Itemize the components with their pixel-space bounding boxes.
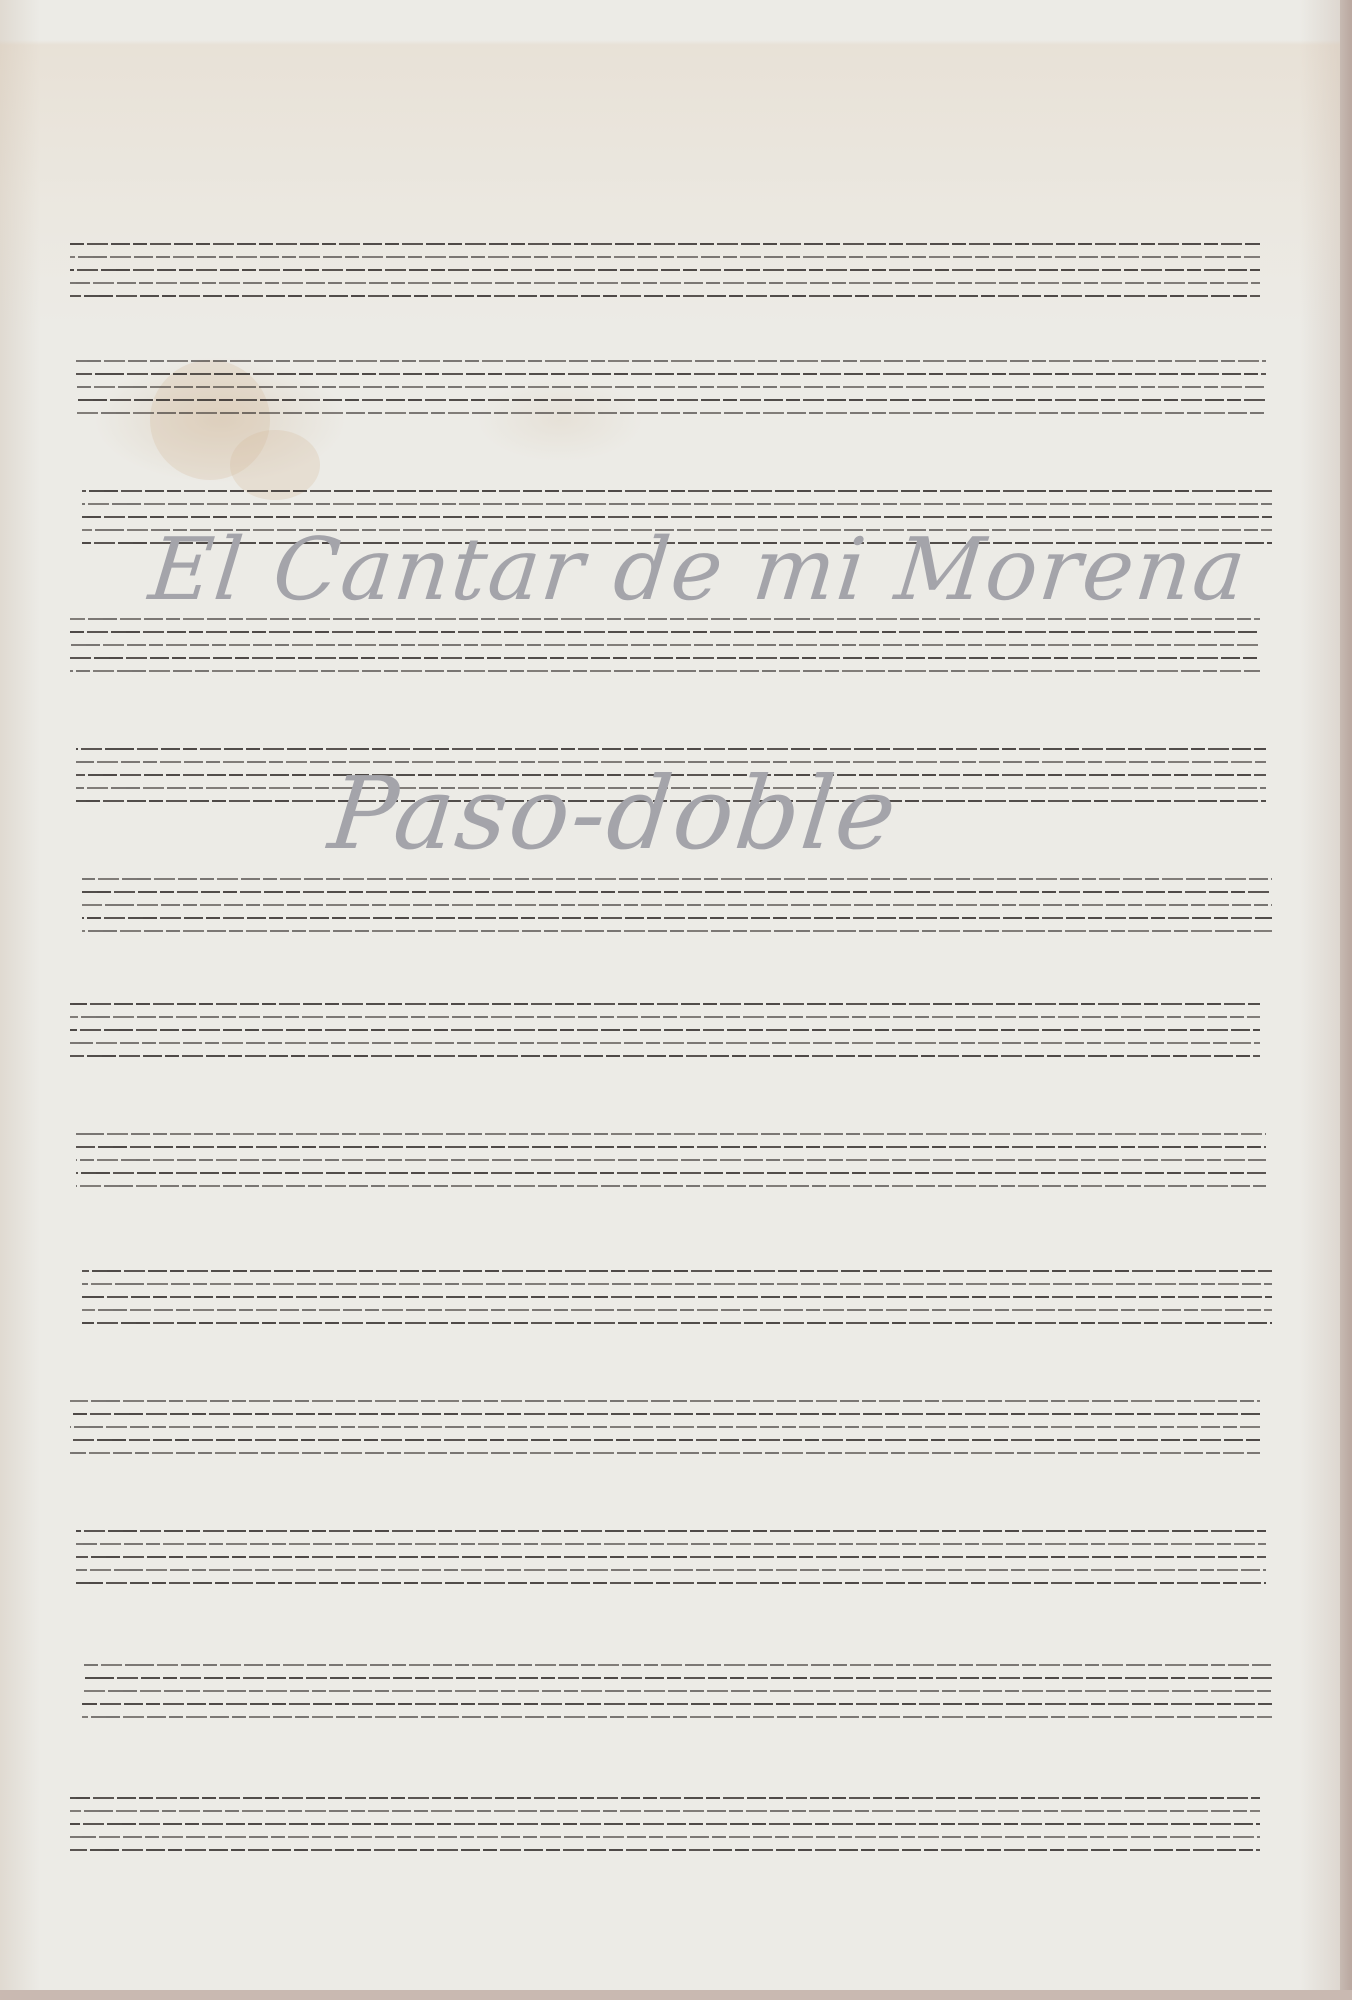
staff-line (82, 904, 1272, 906)
staff-line (70, 1836, 1260, 1838)
staff-line (70, 1400, 1260, 1402)
staff-line (76, 1543, 1266, 1545)
staff-line (70, 1426, 1260, 1428)
staff-line (82, 1283, 1272, 1285)
staff-13 (70, 1797, 1260, 1851)
staff-line (76, 1133, 1266, 1135)
staff-8 (76, 1133, 1266, 1187)
staff-line (70, 282, 1260, 284)
staff-line (76, 1530, 1266, 1532)
staff-line (70, 1413, 1260, 1415)
staff-line (82, 891, 1272, 893)
staff-2 (76, 360, 1266, 414)
staff-line (70, 243, 1260, 245)
handwritten-subtitle: Paso-doble (324, 755, 903, 872)
staff-line (82, 503, 1272, 505)
staff-line (76, 1569, 1266, 1571)
staff-line (82, 1677, 1272, 1679)
staff-12 (82, 1664, 1272, 1718)
staff-4 (70, 618, 1260, 672)
staff-line (82, 1703, 1272, 1705)
staff-line (70, 1439, 1260, 1441)
staff-line (70, 1029, 1260, 1031)
staff-line (70, 1797, 1260, 1799)
staff-line (76, 360, 1266, 362)
staff-line (70, 1003, 1260, 1005)
staff-line (76, 1159, 1266, 1161)
staff-line (82, 1690, 1272, 1692)
staff-line (70, 1042, 1260, 1044)
page-edge-bottom (0, 1990, 1352, 2000)
staff-line (70, 256, 1260, 258)
staff-line (82, 1296, 1272, 1298)
staff-line (70, 1810, 1260, 1812)
staff-line (82, 516, 1272, 518)
staff-line (70, 644, 1260, 646)
staff-line (82, 490, 1272, 492)
staff-line (82, 1309, 1272, 1311)
staff-line (76, 1582, 1266, 1584)
staff-line (82, 930, 1272, 932)
staff-line (82, 878, 1272, 880)
staff-line (70, 657, 1260, 659)
staff-line (76, 1556, 1266, 1558)
staff-line (82, 1664, 1272, 1666)
staff-line (76, 386, 1266, 388)
handwritten-title: El Cantar de mi Morena (145, 520, 1252, 620)
staff-line (70, 631, 1260, 633)
staff-line (82, 917, 1272, 919)
staff-line (70, 1452, 1260, 1454)
staff-line (76, 373, 1266, 375)
staff-1 (70, 243, 1260, 297)
staff-line (76, 1185, 1266, 1187)
staff-line (76, 399, 1266, 401)
staff-9 (82, 1270, 1272, 1324)
staff-line (70, 1055, 1260, 1057)
staff-line (70, 1849, 1260, 1851)
staff-line (82, 1322, 1272, 1324)
staff-6 (82, 878, 1272, 932)
staff-10 (70, 1400, 1260, 1454)
manuscript-page: El Cantar de mi Morena Paso-doble (0, 0, 1340, 2000)
staff-line (82, 1716, 1272, 1718)
staff-line (70, 295, 1260, 297)
staff-line (70, 670, 1260, 672)
staff-line (76, 1172, 1266, 1174)
staff-line (76, 748, 1266, 750)
staff-line (76, 1146, 1266, 1148)
staff-7 (70, 1003, 1260, 1057)
staff-line (82, 1270, 1272, 1272)
staff-line (70, 1823, 1260, 1825)
staff-line (76, 412, 1266, 414)
staff-11 (76, 1530, 1266, 1584)
staff-line (70, 1016, 1260, 1018)
page-edge-right (1340, 0, 1352, 2000)
staff-line (70, 269, 1260, 271)
